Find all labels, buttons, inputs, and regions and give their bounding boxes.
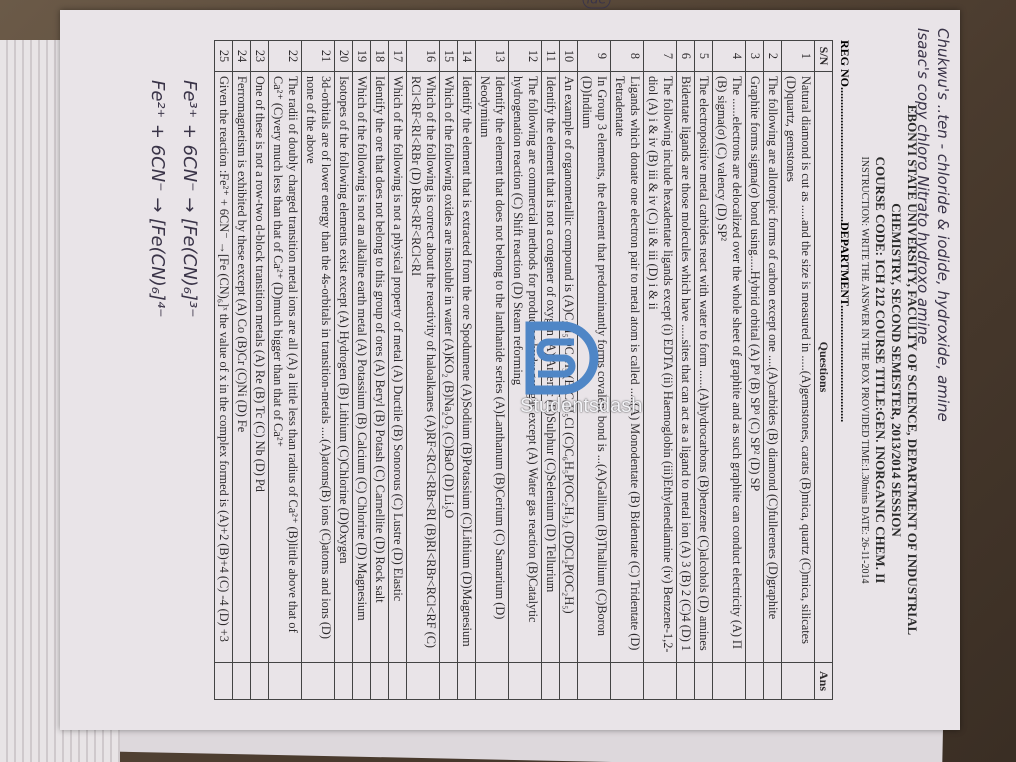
handwritten-equation-2: Fe²⁺ + 6CN⁻ → [Fe(CN)₆]⁴⁻	[147, 80, 168, 318]
question-row: 24Ferromagnetism is exhibited by these e…	[233, 41, 251, 700]
question-text: The radii of doubly charged transition m…	[269, 72, 302, 663]
question-text: Bidentate ligands are those molecules wh…	[677, 72, 695, 663]
reg-no-line: REG NO..................................…	[837, 40, 852, 700]
question-row: 3Graphite forms sigma(σ) bond using.....…	[746, 41, 764, 700]
question-number: 14	[458, 41, 476, 72]
answer-box[interactable]	[353, 663, 371, 700]
question-number: 21	[302, 41, 335, 72]
handwritten-note-top-2: Isaac's copy chloro Nitrato hydroxo amin…	[914, 28, 932, 345]
question-row: 15Which of the following oxides are inso…	[440, 41, 458, 700]
question-number: 15	[440, 41, 458, 72]
question-number: 1	[782, 41, 815, 72]
department-line: CHEMISTRY, SECOND SEMESTER, 2013/2014 SE…	[888, 40, 904, 700]
question-number: 4	[713, 41, 746, 72]
course-line: COURSE CODE: ICH 212 COURSE TITLE:GEN. I…	[872, 40, 888, 700]
question-text: Identify the ore that does not belong to…	[371, 72, 389, 663]
question-number: 3	[746, 41, 764, 72]
exam-header: EBONYI STATE UNIVERSITY, FACULTY OF SCIE…	[856, 40, 920, 700]
watermark-text: Studentsdash	[520, 395, 642, 418]
question-number: 12	[509, 41, 542, 72]
question-text: The electropositive metal carbides react…	[695, 72, 713, 663]
question-text: Ligands which donate one electron pair t…	[611, 72, 644, 663]
question-text: Which of the following oxides are insolu…	[440, 72, 458, 663]
question-text: Ferromagnetism is exhibited by these exc…	[233, 72, 251, 663]
question-row: 8Ligands which donate one electron pair …	[611, 41, 644, 700]
question-number: 20	[335, 41, 353, 72]
answer-box[interactable]	[764, 663, 782, 700]
question-text: The following include hexadentate ligand…	[644, 72, 677, 663]
question-row: 16Which of the following is correct abou…	[407, 41, 440, 700]
col-ans: Ans	[815, 663, 833, 700]
question-row: 5The electropositive metal carbides reac…	[695, 41, 713, 700]
answer-box[interactable]	[215, 663, 233, 700]
question-number: 5	[695, 41, 713, 72]
answer-box[interactable]	[746, 663, 764, 700]
col-sn: S/N	[815, 41, 833, 72]
question-row: 19Which of the following is not an alkal…	[353, 41, 371, 700]
question-number: 18	[371, 41, 389, 72]
question-number: 2	[764, 41, 782, 72]
question-number: 24	[233, 41, 251, 72]
question-text: The ......electrons are delocalized over…	[713, 72, 746, 663]
questions-body: 1Natural diamond is cut as .....and the …	[215, 41, 815, 700]
answer-box[interactable]	[233, 663, 251, 700]
question-number: 22	[269, 41, 302, 72]
exam-paper: EBONYI STATE UNIVERSITY, FACULTY OF SCIE…	[60, 10, 960, 730]
col-questions: Questions	[815, 72, 833, 663]
question-text: Which of the following is not a physical…	[389, 72, 407, 663]
question-number: 23	[251, 41, 269, 72]
question-row: 18Identify the ore that does not belong …	[371, 41, 389, 700]
question-row: 13Identify the element that does not bel…	[476, 41, 509, 700]
question-text: Natural diamond is cut as .....and the s…	[782, 72, 815, 663]
answer-box[interactable]	[371, 663, 389, 700]
question-number: 17	[389, 41, 407, 72]
answer-box[interactable]	[251, 663, 269, 700]
question-number: 7	[644, 41, 677, 72]
answer-box[interactable]	[644, 663, 677, 700]
answer-box[interactable]	[335, 663, 353, 700]
question-text: Identify the element that does not belon…	[476, 72, 509, 663]
answer-box[interactable]	[440, 663, 458, 700]
question-row: 20Isotopes of the following elements exi…	[335, 41, 353, 700]
answer-box[interactable]	[407, 663, 440, 700]
handwritten-equation-1: Fe³⁺ + 6CN⁻ → [Fe(CN)₆]³⁻	[179, 80, 200, 318]
question-row: 1Natural diamond is cut as .....and the …	[782, 41, 815, 700]
question-text: 3d-orbitals are of lower energy than the…	[302, 72, 335, 663]
answer-box[interactable]	[302, 663, 335, 700]
question-row: 2The following are allotropic forms of c…	[764, 41, 782, 700]
question-row: 17Which of the following is not a physic…	[389, 41, 407, 700]
answer-box[interactable]	[560, 663, 578, 700]
question-number: 6	[677, 41, 695, 72]
question-text: Isotopes of the following elements exist…	[335, 72, 353, 663]
question-number: 9	[578, 41, 611, 72]
answer-box[interactable]	[542, 663, 560, 700]
answer-box[interactable]	[695, 663, 713, 700]
instruction-line: INSTRUCTION: WRITE THE ANSWER IN THE BOX…	[856, 40, 872, 700]
answer-box[interactable]	[611, 663, 644, 700]
question-row: 25Given the reaction :Fe²⁺ + 6CN⁻ →[Fe (…	[215, 41, 233, 700]
question-row: 23One of these is not a row-two d-block …	[251, 41, 269, 700]
question-text: Which of the following is not an alkalin…	[353, 72, 371, 663]
question-number: 19	[353, 41, 371, 72]
question-row: 7The following include hexadentate ligan…	[644, 41, 677, 700]
question-row: 4The ......electrons are delocalized ove…	[713, 41, 746, 700]
question-text: One of these is not a row-two d-block tr…	[251, 72, 269, 663]
question-number: 25	[215, 41, 233, 72]
answer-box[interactable]	[269, 663, 302, 700]
question-row: 22The radii of doubly charged transition…	[269, 41, 302, 700]
answer-box[interactable]	[458, 663, 476, 700]
question-number: 8	[611, 41, 644, 72]
handwritten-margin-3: 6s	[475, 0, 490, 1]
handwritten-note-top-1: Chukwu's ..ten - chloride & iodide, hydr…	[934, 28, 952, 422]
question-text: Identify the element that is extracted f…	[458, 72, 476, 663]
question-row: 213d-orbitals are of lower energy than t…	[302, 41, 335, 700]
answer-box[interactable]	[578, 663, 611, 700]
answer-box[interactable]	[389, 663, 407, 700]
question-row: 6Bidentate ligands are those molecules w…	[677, 41, 695, 700]
question-row: 14Identify the element that is extracted…	[458, 41, 476, 700]
answer-box[interactable]	[509, 663, 542, 700]
answer-box[interactable]	[782, 663, 815, 700]
question-number: 11	[542, 41, 560, 72]
question-number: 16	[407, 41, 440, 72]
question-text: Which of the following is correct about …	[407, 72, 440, 663]
studentsdash-logo-icon	[520, 318, 600, 398]
table-header-row: S/N Questions Ans	[815, 41, 833, 700]
answer-box[interactable]	[677, 663, 695, 700]
question-number: 13	[476, 41, 509, 72]
question-text: Graphite forms sigma(σ) bond using.....H…	[746, 72, 764, 663]
question-number: 10	[560, 41, 578, 72]
handwritten-margin-2: ide	[583, 0, 611, 8]
question-text: Given the reaction :Fe²⁺ + 6CN⁻ →[Fe (CN…	[215, 72, 233, 663]
question-text: The following are allotropic forms of ca…	[764, 72, 782, 663]
answer-box[interactable]	[476, 663, 509, 700]
answer-box[interactable]	[713, 663, 746, 700]
